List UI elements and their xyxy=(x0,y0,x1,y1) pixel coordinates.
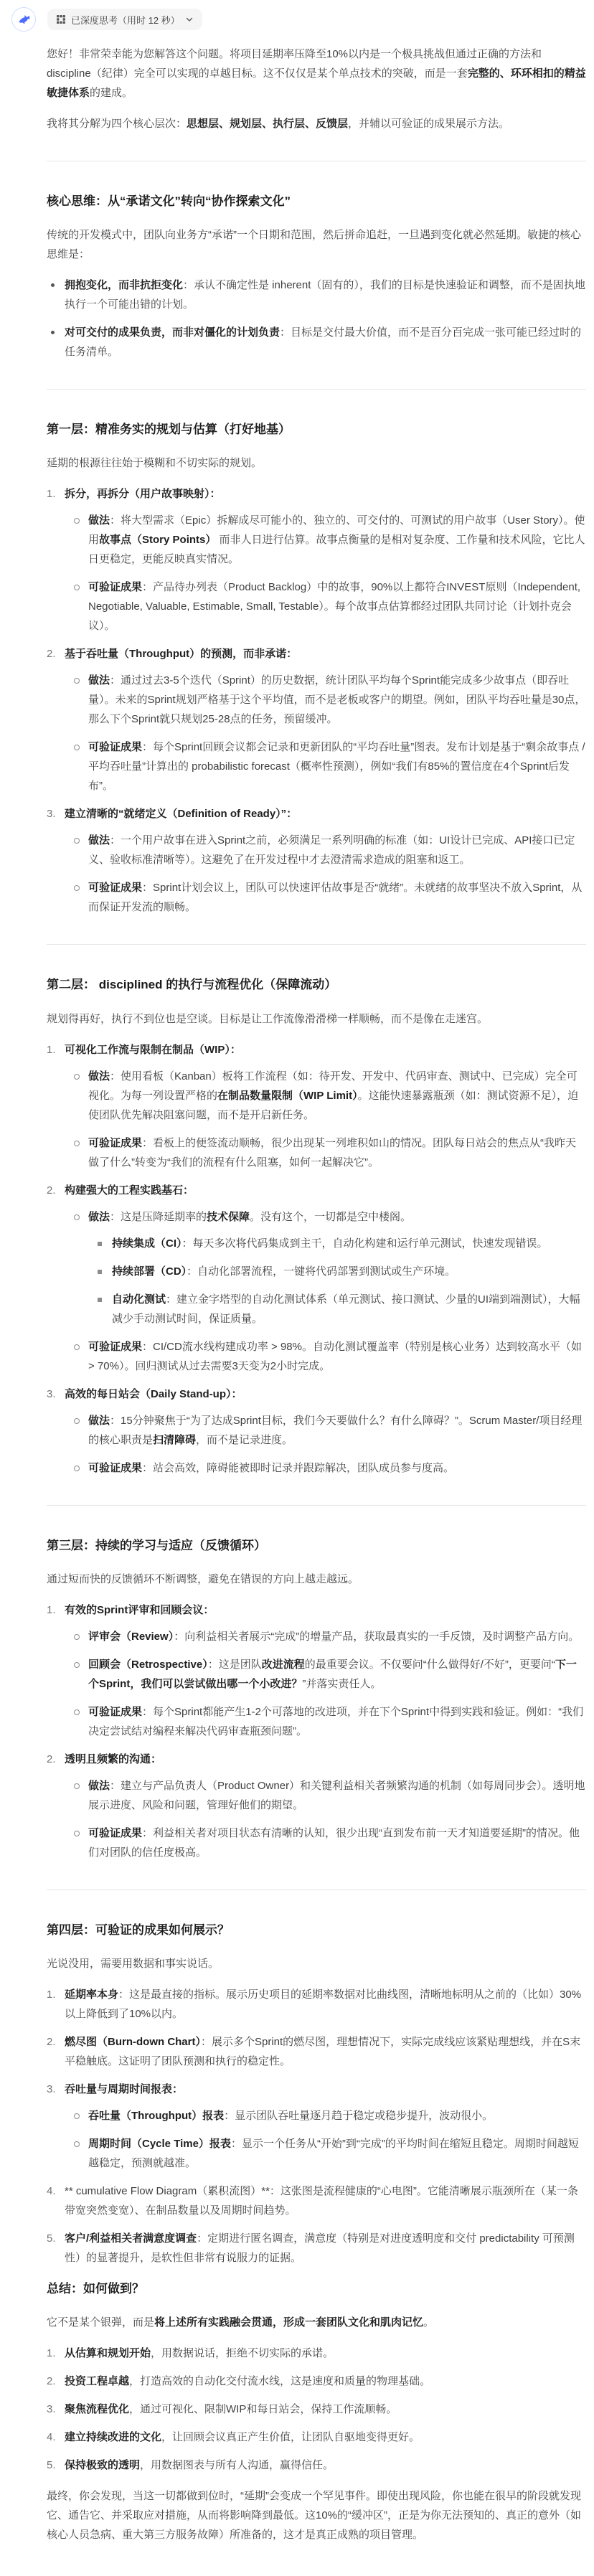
list-item-text: 可验证成果：每个Sprint回顾会议都会记录和更新团队的“平均吞吐量”图表。发布… xyxy=(88,737,586,796)
circle-bullet-marker xyxy=(74,1344,80,1350)
bold-text-run: 有效的Sprint评审和回顾会议： xyxy=(65,1604,214,1616)
text-run: ：看板上的便签流动顺畅，很少出现某一列堆积如山的情况。团队每日站会的焦点从“我昨… xyxy=(88,1137,576,1169)
list-item: 可验证成果：每个Sprint都能产生1-2个可落地的改进项，并在下个Sprint… xyxy=(70,1702,586,1741)
text-run: 。没有这个，一切都是空中楼阁。 xyxy=(250,1211,411,1223)
list-item-text: 客户/利益相关者满意度调查：定期进行匿名调查，满意度（特别是对进度透明度和交付 … xyxy=(65,2229,586,2268)
bold-text-run: 保持极致的透明 xyxy=(65,2459,140,2471)
paragraph: 您好！非常荣幸能为您解答这个问题。将项目延期率压降至10%以内是一个极具挑战但通… xyxy=(47,44,586,103)
bold-text-run: 透明且频繁的沟通： xyxy=(65,1753,161,1765)
paragraph: 最终，你会发现，当这一切都做到位时，“延期”会变成一个罕见事件。即使出现风险，你… xyxy=(47,2486,586,2544)
text-run: 第三层：持续的学习与适应（反馈循环） xyxy=(47,1539,266,1552)
text-run: 的最重要会议。不仅要问“什么做得好/不好”，更要问“ xyxy=(305,1659,555,1671)
section-divider xyxy=(47,1889,586,1890)
bold-text-run: 思想层、规划层、执行层、反馈层 xyxy=(187,118,348,130)
list-number-marker: 1. xyxy=(47,1600,56,1620)
section-heading: 核心思维：从“承诺文化”转向“协作探索文化” xyxy=(47,192,586,211)
assistant-message: 已深度思考（用时 12 秒） 您好！非常荣幸能为您解答这个问题。将项目延期率压降… xyxy=(0,0,594,2576)
list-item: 做法：建立与产品负责人（Product Owner）和关键利益相关者频繁沟通的机… xyxy=(70,1776,586,1815)
circle-bullet-marker xyxy=(74,585,80,590)
nested-list: 做法：15分钟聚焦于“为了达成Sprint目标，我们今天要做什么？有什么障碍？”… xyxy=(70,1411,586,1478)
list-number-marker: 3. xyxy=(47,2400,56,2419)
text-run: ：每天多次将代码集成到主干，自动化构建和运行单元测试，快速发现错误。 xyxy=(182,1237,548,1250)
bold-text-run: 可验证成果 xyxy=(88,1462,142,1474)
list-item: 可验证成果：产品待办列表（Product Backlog）中的故事，90%以上都… xyxy=(70,577,586,636)
text-run: ：CI/CD流水线构建成功率 > 98%。自动化测试覆盖率（特别是核心业务）达到… xyxy=(88,1341,582,1372)
list-item: 1.有效的Sprint评审和回顾会议：评审会（Review）：向利益相关者展示“… xyxy=(47,1600,586,1741)
square-bullet-marker xyxy=(98,1270,102,1274)
bold-text-run: 做法 xyxy=(88,1211,110,1223)
list-item: 2.构建强大的工程实践基石：做法：这是压降延期率的技术保障。没有这个，一切都是空… xyxy=(47,1181,586,1376)
text-run: ：这是最直接的指标。展示历史项目的延期率数据对比曲线图，清晰地标明从之前的（比如… xyxy=(65,1988,581,2020)
list-item: 可验证成果：看板上的便签流动顺畅，很少出现某一列堆积如山的情况。团队每日站会的焦… xyxy=(70,1133,586,1172)
nested-list: 持续集成（CI）：每天多次将代码集成到主干，自动化构建和运行单元测试，快速发现错… xyxy=(94,1234,586,1329)
list-item-text: 从估算和规划开始，用数据说话，拒绝不切实际的承诺。 xyxy=(65,2344,586,2363)
disc-bullet-marker xyxy=(51,283,55,287)
section-divider xyxy=(47,944,586,945)
text-run: ：自动化部署流程，一键将代码部署到测试或生产环境。 xyxy=(187,1265,456,1278)
paragraph: 延期的根源往往始于模糊和不切实际的规划。 xyxy=(47,453,586,473)
list-item-text: 做法：这是压降延期率的技术保障。没有这个，一切都是空中楼阁。 xyxy=(88,1207,586,1227)
list-item: 做法：使用看板（Kanban）板将工作流程（如：待开发、开发中、代码审查、测试中… xyxy=(70,1067,586,1125)
bold-text-run: 吞吐量（Throughput）报表 xyxy=(88,2110,224,2122)
circle-bullet-marker xyxy=(74,1783,80,1789)
list-item: 1.可视化工作流与限制在制品（WIP）：做法：使用看板（Kanban）板将工作流… xyxy=(47,1040,586,1172)
list-item-text: 可验证成果：看板上的便签流动顺畅，很少出现某一列堆积如山的情况。团队每日站会的焦… xyxy=(88,1133,586,1172)
list-number-marker: 4. xyxy=(47,2428,56,2447)
list-item-text: 拆分，再拆分（用户故事映射）： xyxy=(65,484,586,504)
list-item: 3.吞吐量与周期时间报表：吞吐量（Throughput）报表：显示团队吞吐量逐月… xyxy=(47,2080,586,2173)
circle-bullet-marker xyxy=(74,2141,80,2147)
list-item-text: 可验证成果：CI/CD流水线构建成功率 > 98%。自动化测试覆盖率（特别是核心… xyxy=(88,1337,586,1376)
list-number-marker: 1. xyxy=(47,1985,56,2004)
list-item: 2.透明且频繁的沟通：做法：建立与产品负责人（Product Owner）和关键… xyxy=(47,1750,586,1862)
list-item-text: 构建强大的工程实践基石： xyxy=(65,1181,586,1200)
list-item-text: 可验证成果：Sprint计划会议上，团队可以快速评估故事是否“就绪”。未就绪的故… xyxy=(88,878,586,917)
bold-text-run: 从估算和规划开始 xyxy=(65,2347,151,2359)
text-run: ，并辅以可验证的成果展示方法。 xyxy=(348,118,509,130)
list-number-marker: 2. xyxy=(47,1750,56,1769)
circle-bullet-marker xyxy=(74,1634,80,1640)
circle-bullet-marker xyxy=(74,745,80,750)
nested-list: 做法：将大型需求（Epic）拆解成尽可能小的、独立的、可交付的、可测试的用户故事… xyxy=(70,511,586,636)
bold-text-run: 对可交付的成果负责，而非对僵化的计划负责 xyxy=(65,326,280,339)
circle-bullet-marker xyxy=(74,885,80,891)
text-run: 传统的开发模式中，团队向业务方“承诺”一个日期和范围，然后拼命追赶，一旦遇到变化… xyxy=(47,229,581,260)
list-item: 做法：通过过去3-5个迭代（Sprint）的历史数据，统计团队平均每个Sprin… xyxy=(70,671,586,729)
text-run: 第四层：可验证的成果如何展示？ xyxy=(47,1923,230,1937)
bold-text-run: 可视化工作流与限制在制品（WIP）： xyxy=(65,1044,241,1056)
list-item: 吞吐量（Throughput）报表：显示团队吞吐量逐月趋于稳定或稳步提升，波动很… xyxy=(70,2106,586,2126)
text-run: 核心思维：从“承诺文化”转向“协作探索文化” xyxy=(47,194,291,208)
chevron-down-icon xyxy=(185,15,194,24)
list-item-text: 保持极致的透明，用数据图表与所有人沟通，赢得信任。 xyxy=(65,2455,586,2475)
bold-text-run: 做法 xyxy=(88,1780,110,1792)
list-item: 可验证成果：CI/CD流水线构建成功率 > 98%。自动化测试覆盖率（特别是核心… xyxy=(70,1337,586,1376)
bold-text-run: 扫清障碍 xyxy=(153,1434,196,1446)
list-item-text: 建立持续改进的文化，让回顾会议真正产生价值，让团队自驱地变得更好。 xyxy=(65,2428,586,2447)
paragraph: 规划得再好，执行不到位也是空谈。目标是让工作流像滑滑梯一样顺畅，而不是像在走迷宫… xyxy=(47,1009,586,1029)
text-run: 它不是某个银弹，而是 xyxy=(47,2316,154,2329)
list-item: 可验证成果：Sprint计划会议上，团队可以快速评估故事是否“就绪”。未就绪的故… xyxy=(70,878,586,917)
list-item: 5.保持极致的透明，用数据图表与所有人沟通，赢得信任。 xyxy=(47,2455,586,2475)
list-item: 1.拆分，再拆分（用户故事映射）：做法：将大型需求（Epic）拆解成尽可能小的、… xyxy=(47,484,586,636)
message-header: 已深度思考（用时 12 秒） xyxy=(11,7,584,32)
deepseek-whale-icon xyxy=(11,7,36,32)
text-run: ：建立金字塔型的自动化测试体系（单元测试、接口测试、少量的UI端到端测试），大幅… xyxy=(112,1293,580,1325)
list-item: 4.** cumulative Flow Diagram（累积流图）**：这张图… xyxy=(47,2181,586,2220)
list: 1.有效的Sprint评审和回顾会议：评审会（Review）：向利益相关者展示“… xyxy=(47,1600,586,1862)
paragraph: 光说没用，需要用数据和事实说话。 xyxy=(47,1954,586,1973)
list-item: 2.基于吞吐量（Throughput）的预测，而非承诺：做法：通过过去3-5个迭… xyxy=(47,644,586,796)
list-item: 做法：将大型需求（Epic）拆解成尽可能小的、独立的、可交付的、可测试的用户故事… xyxy=(70,511,586,569)
list-item-text: 做法：将大型需求（Epic）拆解成尽可能小的、独立的、可交付的、可测试的用户故事… xyxy=(88,511,586,569)
bold-text-run: 持续集成（CI） xyxy=(112,1237,182,1250)
list-item-text: 周期时间（Cycle Time）报表：显示一个任务从“开始”到“完成”的平均时间… xyxy=(88,2134,586,2173)
list-item-text: 聚焦流程优化，通过可视化、限制WIP和每日站会，保持工作流顺畅。 xyxy=(65,2400,586,2419)
list-item-text: 可验证成果：站会高效，障碍能被即时记录并跟踪解决，团队成员参与度高。 xyxy=(88,1458,586,1478)
text-run: 总结：如何做到？ xyxy=(47,2282,144,2296)
deep-think-grid-icon xyxy=(56,14,66,24)
bold-text-run: 做法 xyxy=(88,1070,110,1082)
text-run: ：产品待办列表（Product Backlog）中的故事，90%以上都符合INV… xyxy=(88,581,580,632)
list-item-text: 回顾会（Retrospective）：这是团队改进流程的最重要会议。不仅要问“什… xyxy=(88,1655,586,1694)
text-run: 规划得再好，执行不到位也是空谈。目标是让工作流像滑滑梯一样顺畅，而不是像在走迷宫… xyxy=(47,1013,488,1025)
list: 1.从估算和规划开始，用数据说话，拒绝不切实际的承诺。2.投资工程卓越，打造高效… xyxy=(47,2344,586,2475)
text-run: ：显示团队吞吐量逐月趋于稳定或稳步提升，波动很小。 xyxy=(224,2110,493,2122)
bold-text-run: 可验证成果 xyxy=(88,741,142,753)
list-item: 3.聚焦流程优化，通过可视化、限制WIP和每日站会，保持工作流顺畅。 xyxy=(47,2400,586,2419)
circle-bullet-marker xyxy=(74,1709,80,1715)
bold-text-run: 投资工程卓越 xyxy=(65,2375,129,2387)
bold-text-run: 基于吞吐量（Throughput）的预测，而非承诺： xyxy=(65,648,297,660)
bold-text-run: 自动化测试 xyxy=(112,1293,166,1306)
list-item-text: 做法：使用看板（Kanban）板将工作流程（如：待开发、开发中、代码审查、测试中… xyxy=(88,1067,586,1125)
nested-list: 做法：建立与产品负责人（Product Owner）和关键利益相关者频繁沟通的机… xyxy=(70,1776,586,1862)
list-item-text: 自动化测试：建立金字塔型的自动化测试体系（单元测试、接口测试、少量的UI端到端测… xyxy=(112,1290,586,1329)
section-heading: 第四层：可验证的成果如何展示？ xyxy=(47,1920,586,1940)
text-run: 第二层： disciplined 的执行与流程优化（保障流动） xyxy=(47,978,336,991)
bold-text-run: 延期率本身 xyxy=(65,1988,118,2001)
list-number-marker: 5. xyxy=(47,2455,56,2475)
list-item-text: ** cumulative Flow Diagram（累积流图）**：这张图是流… xyxy=(65,2181,586,2220)
list-item: 1.延期率本身：这是最直接的指标。展示历史项目的延期率数据对比曲线图，清晰地标明… xyxy=(47,1985,586,2024)
bold-text-run: 吞吐量与周期时间报表： xyxy=(65,2083,183,2095)
bold-text-run: 故事点（Story Points） xyxy=(99,534,216,546)
list-number-marker: 3. xyxy=(47,1384,56,1404)
bold-text-run: 燃尽图（Burn-down Chart） xyxy=(65,2036,201,2048)
text-run: ，让回顾会议真正产生价值，让团队自驱地变得更好。 xyxy=(161,2431,420,2443)
text-run: ：站会高效，障碍能被即时记录并跟踪解决，团队成员参与度高。 xyxy=(142,1462,454,1474)
list-item: 周期时间（Cycle Time）报表：显示一个任务从“开始”到“完成”的平均时间… xyxy=(70,2134,586,2173)
list-item-text: 做法：通过过去3-5个迭代（Sprint）的历史数据，统计团队平均每个Sprin… xyxy=(88,671,586,729)
text-run: ：这是团队 xyxy=(208,1659,262,1671)
bold-text-run: 回顾会（Retrospective） xyxy=(88,1659,208,1671)
circle-bullet-marker xyxy=(74,1141,80,1146)
circle-bullet-marker xyxy=(74,1418,80,1424)
list-item-text: 可验证成果：产品待办列表（Product Backlog）中的故事，90%以上都… xyxy=(88,577,586,636)
text-run: 最终，你会发现，当这一切都做到位时，“延期”会变成一个罕见事件。即使出现风险，你… xyxy=(47,2490,581,2541)
list-item-text: 有效的Sprint评审和回顾会议： xyxy=(65,1600,586,1620)
list-number-marker: 1. xyxy=(47,2344,56,2363)
text-run: 我将其分解为四个核心层次： xyxy=(47,118,187,130)
list-number-marker: 5. xyxy=(47,2229,56,2248)
circle-bullet-marker xyxy=(74,678,80,684)
list-item-text: 持续集成（CI）：每天多次将代码集成到主干，自动化构建和运行单元测试，快速发现错… xyxy=(112,1234,586,1253)
section-heading: 总结：如何做到？ xyxy=(47,2279,586,2298)
list-item: 回顾会（Retrospective）：这是团队改进流程的最重要会议。不仅要问“什… xyxy=(70,1655,586,1694)
list-item: 对可交付的成果负责，而非对僵化的计划负责：目标是交付最大价值，而不是百分百完成一… xyxy=(47,323,586,362)
bold-text-run: 构建强大的工程实践基石： xyxy=(65,1184,194,1197)
list-item: 可验证成果：利益相关者对项目状态有清晰的认知，很少出现“直到发布前一天才知道要延… xyxy=(70,1824,586,1862)
list-item-text: 吞吐量（Throughput）报表：显示团队吞吐量逐月趋于稳定或稳步提升，波动很… xyxy=(88,2106,586,2126)
list: 1.拆分，再拆分（用户故事映射）：做法：将大型需求（Epic）拆解成尽可能小的、… xyxy=(47,484,586,917)
list-item: 做法：15分钟聚焦于“为了达成Sprint目标，我们今天要做什么？有什么障碍？”… xyxy=(70,1411,586,1450)
list-item: 可验证成果：站会高效，障碍能被即时记录并跟踪解决，团队成员参与度高。 xyxy=(70,1458,586,1478)
disc-bullet-marker xyxy=(51,331,55,334)
list-item: 4.建立持续改进的文化，让回顾会议真正产生价值，让团队自驱地变得更好。 xyxy=(47,2428,586,2447)
list-item-text: 建立清晰的“就绪定义（Definition of Ready）”： xyxy=(65,804,586,824)
square-bullet-marker xyxy=(98,1242,102,1246)
bold-text-run: 改进流程 xyxy=(262,1659,305,1671)
bold-text-run: 持续部署（CD） xyxy=(112,1265,187,1278)
text-run: ：每个Sprint都能产生1-2个可落地的改进项，并在下个Sprint中得到实践… xyxy=(88,1706,583,1737)
nested-list: 评审会（Review）：向利益相关者展示“完成”的增量产品，获取最真实的一手反馈… xyxy=(70,1627,586,1741)
square-bullet-marker xyxy=(98,1298,102,1302)
text-run: ，用数据图表与所有人沟通，赢得信任。 xyxy=(140,2459,334,2471)
list-item-text: 燃尽图（Burn-down Chart）：展示多个Sprint的燃尽图，理想情况… xyxy=(65,2032,586,2071)
list: 1.延期率本身：这是最直接的指标。展示历史项目的延期率数据对比曲线图，清晰地标明… xyxy=(47,1985,586,2268)
list-item: 评审会（Review）：向利益相关者展示“完成”的增量产品，获取最真实的一手反馈… xyxy=(70,1627,586,1646)
text-run: ：Sprint计划会议上，团队可以快速评估故事是否“就绪”。未就绪的故事坚决不放… xyxy=(88,882,582,913)
list-item-text: 基于吞吐量（Throughput）的预测，而非承诺： xyxy=(65,644,586,664)
text-run: ：每个Sprint回顾会议都会记录和更新团队的“平均吞吐量”图表。发布计划是基于… xyxy=(88,741,585,792)
paragraph: 我将其分解为四个核心层次：思想层、规划层、执行层、反馈层，并辅以可验证的成果展示… xyxy=(47,114,586,133)
circle-bullet-marker xyxy=(74,1831,80,1836)
list-number-marker: 2. xyxy=(47,1181,56,1200)
paragraph: 传统的开发模式中，团队向业务方“承诺”一个日期和范围，然后拼命追赶，一旦遇到变化… xyxy=(47,225,586,264)
list-item-text: 持续部署（CD）：自动化部署流程，一键将代码部署到测试或生产环境。 xyxy=(112,1262,586,1281)
list-number-marker: 2. xyxy=(47,644,56,664)
text-run: ，打造高效的自动化交付流水线，这是速度和质量的物理基础。 xyxy=(129,2375,430,2387)
list-item: 可验证成果：每个Sprint回顾会议都会记录和更新团队的“平均吞吐量”图表。发布… xyxy=(70,737,586,796)
text-run: ”并落实责任人。 xyxy=(302,1678,381,1690)
list-item-text: 拥抱变化，而非抗拒变化：承认不确定性是 inherent（固有的），我们的目标是… xyxy=(65,275,586,314)
list-item-text: 做法：一个用户故事在进入Sprint之前，必须满足一系列明确的标准（如：UI设计… xyxy=(88,831,586,869)
list-item: 2.燃尽图（Burn-down Chart）：展示多个Sprint的燃尽图，理想… xyxy=(47,2032,586,2071)
bold-text-run: 可验证成果 xyxy=(88,1706,142,1718)
list-item: 3.建立清晰的“就绪定义（Definition of Ready）”：做法：一个… xyxy=(47,804,586,917)
text-run: ：通过过去3-5个迭代（Sprint）的历史数据，统计团队平均每个Sprint能… xyxy=(88,674,585,725)
nested-list: 吞吐量（Throughput）报表：显示团队吞吐量逐月趋于稳定或稳步提升，波动很… xyxy=(70,2106,586,2173)
bold-text-run: 聚焦流程优化 xyxy=(65,2403,129,2415)
bold-text-run: 客户/利益相关者满意度调查 xyxy=(65,2232,197,2245)
bold-text-run: 评审会（Review） xyxy=(88,1631,174,1643)
list-item-text: 高效的每日站会（Daily Stand-up）： xyxy=(65,1384,586,1404)
bold-text-run: 可验证成果 xyxy=(88,882,142,894)
circle-bullet-marker xyxy=(74,518,80,524)
list: 拥抱变化，而非抗拒变化：承认不确定性是 inherent（固有的），我们的目标是… xyxy=(47,275,586,362)
list-item-text: 可验证成果：利益相关者对项目状态有清晰的认知，很少出现“直到发布前一天才知道要延… xyxy=(88,1824,586,1862)
list-number-marker: 3. xyxy=(47,804,56,824)
list-item: 3.高效的每日站会（Daily Stand-up）：做法：15分钟聚焦于“为了达… xyxy=(47,1384,586,1478)
circle-bullet-marker xyxy=(74,1214,80,1220)
text-run: ，通过可视化、限制WIP和每日站会，保持工作流顺畅。 xyxy=(129,2403,397,2415)
text-run: ：这是压降延期率的 xyxy=(110,1211,207,1223)
nested-list: 做法：通过过去3-5个迭代（Sprint）的历史数据，统计团队平均每个Sprin… xyxy=(70,671,586,796)
circle-bullet-marker xyxy=(74,838,80,844)
list-item: 2.投资工程卓越，打造高效的自动化交付流水线，这是速度和质量的物理基础。 xyxy=(47,2372,586,2391)
text-run: ：利益相关者对项目状态有清晰的认知，很少出现“直到发布前一天才知道要延期”的情况… xyxy=(88,1827,580,1859)
list-item: 5.客户/利益相关者满意度调查：定期进行匿名调查，满意度（特别是对进度透明度和交… xyxy=(47,2229,586,2268)
list-item: 做法：这是压降延期率的技术保障。没有这个，一切都是空中楼阁。持续集成（CI）：每… xyxy=(70,1207,586,1329)
message-content: 您好！非常荣幸能为您解答这个问题。将项目延期率压降至10%以内是一个极具挑战但通… xyxy=(47,44,586,2544)
section-divider xyxy=(47,1505,586,1506)
nested-list: 做法：一个用户故事在进入Sprint之前，必须满足一系列明确的标准（如：UI设计… xyxy=(70,831,586,917)
bold-text-run: 做法 xyxy=(88,834,110,846)
list-item-text: 吞吐量与周期时间报表： xyxy=(65,2080,586,2099)
list-item-text: 透明且频繁的沟通： xyxy=(65,1750,586,1769)
section-divider xyxy=(47,389,586,390)
list-item: 1.从估算和规划开始，用数据说话，拒绝不切实际的承诺。 xyxy=(47,2344,586,2363)
bold-text-run: 将上述所有实践融会贯通，形成一套团队文化和肌肉记忆 xyxy=(154,2316,423,2329)
section-heading: 第三层：持续的学习与适应（反馈循环） xyxy=(47,1536,586,1555)
list-item: 持续集成（CI）：每天多次将代码集成到主干，自动化构建和运行单元测试，快速发现错… xyxy=(94,1234,586,1253)
bold-text-run: 做法 xyxy=(88,514,110,527)
list: 1.可视化工作流与限制在制品（WIP）：做法：使用看板（Kanban）板将工作流… xyxy=(47,1040,586,1478)
list-number-marker: 1. xyxy=(47,1040,56,1060)
deep-think-label: 已深度思考（用时 12 秒） xyxy=(71,13,180,27)
bold-text-run: 技术保障 xyxy=(207,1211,250,1223)
list-number-marker: 3. xyxy=(47,2080,56,2099)
text-run: ，用数据说话，拒绝不切实际的承诺。 xyxy=(151,2347,334,2359)
list-number-marker: 2. xyxy=(47,2372,56,2391)
list-item-text: 做法：15分钟聚焦于“为了达成Sprint目标，我们今天要做什么？有什么障碍？”… xyxy=(88,1411,586,1450)
bold-text-run: 可验证成果 xyxy=(88,1137,142,1149)
list-item-text: 评审会（Review）：向利益相关者展示“完成”的增量产品，获取最真实的一手反馈… xyxy=(88,1627,586,1646)
list-item: 做法：一个用户故事在进入Sprint之前，必须满足一系列明确的标准（如：UI设计… xyxy=(70,831,586,869)
text-run: ** cumulative Flow Diagram（累积流图）**：这张图是流… xyxy=(65,2185,578,2217)
text-run: 。 xyxy=(423,2316,434,2329)
section-heading: 第二层： disciplined 的执行与流程优化（保障流动） xyxy=(47,975,586,994)
text-run: ：一个用户故事在进入Sprint之前，必须满足一系列明确的标准（如：UI设计已完… xyxy=(88,834,575,866)
text-run: 的建成。 xyxy=(90,87,133,99)
section-heading: 第一层：精准务实的规划与估算（打好地基） xyxy=(47,420,586,439)
section-divider xyxy=(47,161,586,161)
text-run: 光说没用，需要用数据和事实说话。 xyxy=(47,1958,219,1970)
bold-text-run: 拥抱变化，而非抗拒变化 xyxy=(65,279,183,291)
bold-text-run: 可验证成果 xyxy=(88,1827,142,1839)
list-item-text: 投资工程卓越，打造高效的自动化交付流水线，这是速度和质量的物理基础。 xyxy=(65,2372,586,2391)
bold-text-run: 建立清晰的“就绪定义（Definition of Ready）”： xyxy=(65,808,297,820)
bold-text-run: 做法 xyxy=(88,674,110,687)
circle-bullet-marker xyxy=(74,1466,80,1471)
bold-text-run: 拆分，再拆分（用户故事映射）： xyxy=(65,488,221,500)
bold-text-run: 周期时间（Cycle Time）报表 xyxy=(88,2138,231,2150)
bold-text-run: 做法 xyxy=(88,1415,110,1427)
list-item-text: 延期率本身：这是最直接的指标。展示历史项目的延期率数据对比曲线图，清晰地标明从之… xyxy=(65,1985,586,2024)
list-item: 持续部署（CD）：自动化部署流程，一键将代码部署到测试或生产环境。 xyxy=(94,1262,586,1281)
text-run: ，而不是记录进度。 xyxy=(196,1434,293,1446)
bold-text-run: 可验证成果 xyxy=(88,1341,142,1353)
text-run: ：建立与产品负责人（Product Owner）和关键利益相关者频繁沟通的机制（… xyxy=(88,1780,585,1811)
nested-list: 做法：使用看板（Kanban）板将工作流程（如：待开发、开发中、代码审查、测试中… xyxy=(70,1067,586,1172)
circle-bullet-marker xyxy=(74,1662,80,1668)
text-run: ：向利益相关者展示“完成”的增量产品，获取最真实的一手反馈，及时调整产品方向。 xyxy=(174,1631,579,1643)
list-number-marker: 2. xyxy=(47,2032,56,2052)
list-item-text: 做法：建立与产品负责人（Product Owner）和关键利益相关者频繁沟通的机… xyxy=(88,1776,586,1815)
list-item-text: 对可交付的成果负责，而非对僵化的计划负责：目标是交付最大价值，而不是百分百完成一… xyxy=(65,323,586,362)
text-run: 第一层：精准务实的规划与估算（打好地基） xyxy=(47,423,291,436)
circle-bullet-marker xyxy=(74,1074,80,1080)
list-item-text: 可验证成果：每个Sprint都能产生1-2个可落地的改进项，并在下个Sprint… xyxy=(88,1702,586,1741)
bold-text-run: 高效的每日站会（Daily Stand-up）： xyxy=(65,1388,242,1400)
text-run: 延期的根源往往始于模糊和不切实际的规划。 xyxy=(47,457,262,469)
list-number-marker: 4. xyxy=(47,2181,56,2201)
list-item-text: 可视化工作流与限制在制品（WIP）： xyxy=(65,1040,586,1060)
bold-text-run: 可验证成果 xyxy=(88,581,142,593)
list-number-marker: 1. xyxy=(47,484,56,504)
paragraph: 通过短而快的反馈循环不断调整，避免在错误的方向上越走越远。 xyxy=(47,1570,586,1589)
nested-list: 做法：这是压降延期率的技术保障。没有这个，一切都是空中楼阁。持续集成（CI）：每… xyxy=(70,1207,586,1376)
text-run: 通过短而快的反馈循环不断调整，避免在错误的方向上越走越远。 xyxy=(47,1573,359,1585)
deep-think-toggle-button[interactable]: 已深度思考（用时 12 秒） xyxy=(47,9,202,30)
bold-text-run: 在制品数量限制（WIP Limit） xyxy=(217,1090,358,1102)
paragraph: 它不是某个银弹，而是将上述所有实践融会贯通，形成一套团队文化和肌肉记忆。 xyxy=(47,2313,586,2332)
bold-text-run: 建立持续改进的文化 xyxy=(65,2431,161,2443)
list-item: 自动化测试：建立金字塔型的自动化测试体系（单元测试、接口测试、少量的UI端到端测… xyxy=(94,1290,586,1329)
circle-bullet-marker xyxy=(74,2113,80,2119)
list-item: 拥抱变化，而非抗拒变化：承认不确定性是 inherent（固有的），我们的目标是… xyxy=(47,275,586,314)
